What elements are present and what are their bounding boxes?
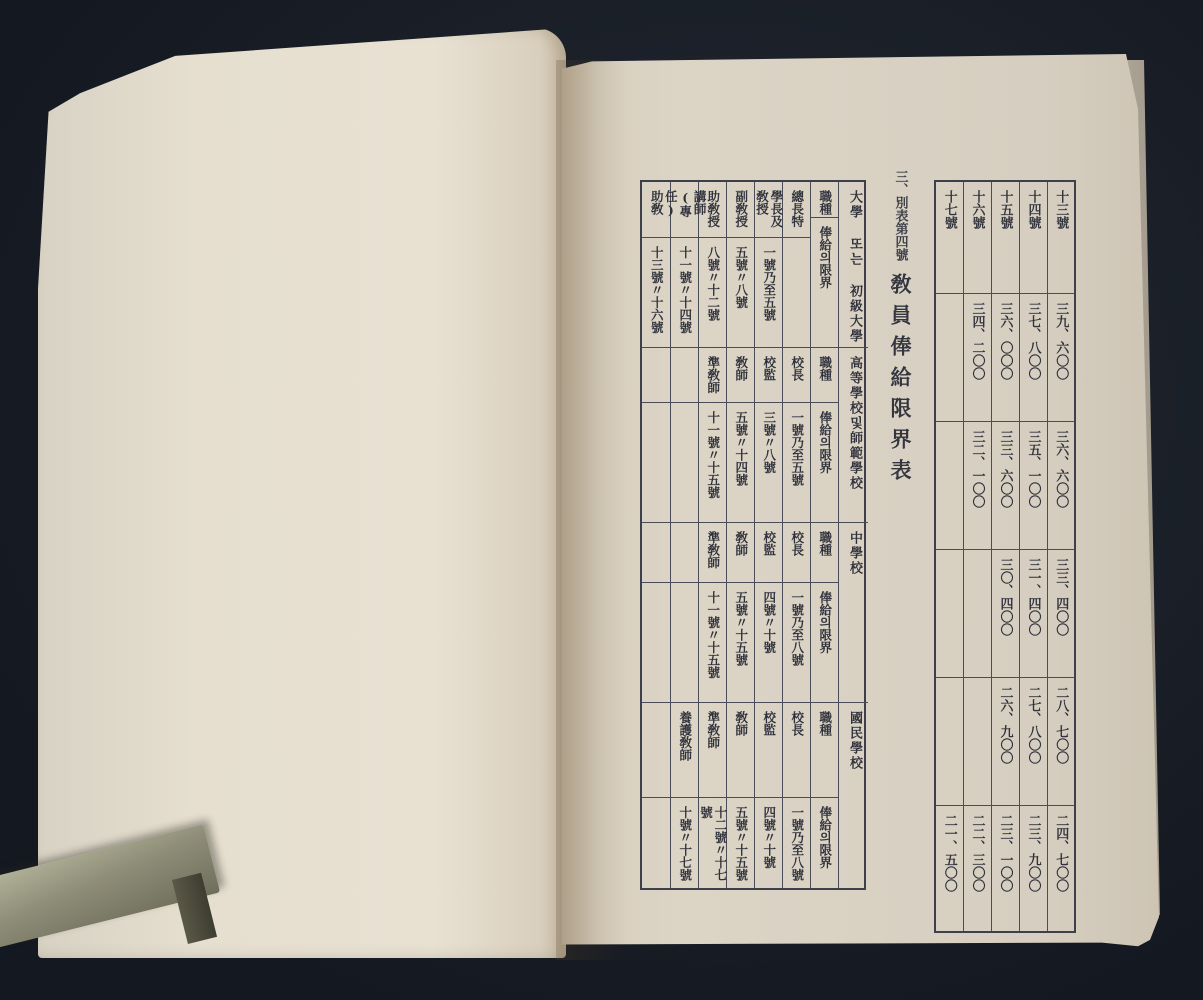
salary-row: 二一、五〇〇 二二、三〇〇 二三、一〇〇 二三、九〇〇 二四、七〇〇: [935, 805, 1075, 932]
grade-header-cell: 十六號: [963, 181, 991, 293]
limit-cell: 一號乃至五號: [783, 402, 810, 522]
header-column: 職種 俸給의限界 職種 俸給의限界 職種 俸給의限界 職種 俸給의限界: [810, 182, 838, 888]
header-role: 職種: [811, 347, 838, 402]
grade-salary-table: 十七號 十六號 十五號 十四號 十三號 三四、二〇〇 三六、〇〇〇 三七、八〇〇…: [934, 180, 1076, 933]
salary-cell: 二三、九〇〇: [1019, 805, 1047, 932]
salary-cell: 三九、六〇〇: [1047, 293, 1075, 421]
school-cell-elementary: 國民學校: [839, 702, 868, 892]
salary-row: 三二、一〇〇 三三、六〇〇 三五、一〇〇 三六、六〇〇: [935, 421, 1075, 549]
empty-cell: [642, 347, 670, 402]
document-title: 敎員俸給限界表: [885, 273, 915, 490]
entry-column-3: 副敎授 五號〃八號 敎師 五號〃十四號 敎師 五號〃十五號 敎師 五號〃十五號: [726, 182, 754, 888]
role-cell: 講師(專任): [671, 182, 698, 237]
entry-column-4: 助敎授 八號〃十二號 準敎師 十一號〃十五號 準敎師 十一號〃十五號 準敎師 十…: [698, 182, 726, 888]
salary-cell: [935, 421, 963, 549]
role-cell: 總長特: [783, 182, 810, 237]
salary-cell: 二一、五〇〇: [935, 805, 963, 932]
salary-cell: 二二、三〇〇: [963, 805, 991, 932]
role-cell: 校監: [755, 522, 782, 582]
role-cell: 敎師: [727, 702, 754, 797]
salary-cell: 二三、一〇〇: [991, 805, 1019, 932]
salary-cell: 二七、八〇〇: [1019, 677, 1047, 805]
school-cell-high-school: 高等學校및師範學校: [839, 347, 868, 522]
limit-cell: 四號〃十號: [755, 797, 782, 892]
salary-cell: [935, 549, 963, 677]
salary-cell: 三〇、四〇〇: [991, 549, 1019, 677]
limit-cell: 一號乃至八號: [783, 797, 810, 892]
role-cell: 準敎師: [699, 702, 726, 797]
book-gutter: [556, 60, 626, 960]
limit-cell: 十一號〃十五號: [699, 402, 726, 522]
empty-cell: [642, 522, 670, 582]
grade-header-row: 十七號 十六號 十五號 十四號 十三號: [935, 181, 1075, 293]
empty-cell: [671, 402, 698, 522]
empty-cell: [642, 702, 670, 797]
limit-cell: 十三號〃十六號: [642, 237, 670, 347]
salary-cell: 三五、一〇〇: [1019, 421, 1047, 549]
role-cell: 敎師: [727, 522, 754, 582]
role-cell: 副敎授: [727, 182, 754, 237]
grade-header-cell: 十四號: [1019, 181, 1047, 293]
school-cell-university: 大學 또는 初級大學: [839, 182, 868, 347]
empty-cell: [671, 582, 698, 702]
role-cell: 校長: [783, 522, 810, 582]
role-cell: 校監: [755, 347, 782, 402]
limit-cell: 十一號〃十五號: [699, 582, 726, 702]
role-cell: 養護敎師: [671, 702, 698, 797]
school-cell-middle-school: 中學校: [839, 522, 868, 702]
header-role: 職種: [811, 182, 838, 217]
header-role: 職種: [811, 522, 838, 582]
salary-cell: [935, 293, 963, 421]
role-cell: 學長及敎授: [755, 182, 782, 237]
salary-cell: 三四、二〇〇: [963, 293, 991, 421]
salary-cell: 三一、四〇〇: [1019, 549, 1047, 677]
empty-cell: [671, 347, 698, 402]
grade-header-cell: 十七號: [935, 181, 963, 293]
header-limit: 俸給의限界: [811, 797, 838, 892]
salary-limit-table: 大學 또는 初級大學 高等學校및師範學校 中學校 國民學校 職種 俸給의限界 職…: [640, 180, 866, 890]
salary-row: 三四、二〇〇 三六、〇〇〇 三七、八〇〇 三九、六〇〇: [935, 293, 1075, 421]
salary-cell: [963, 549, 991, 677]
role-cell: 校監: [755, 702, 782, 797]
school-column: 大學 또는 初級大學 高等學校및師範學校 中學校 國民學校: [838, 182, 868, 888]
limit-cell: 五號〃十四號: [727, 402, 754, 522]
salary-cell: 二四、七〇〇: [1047, 805, 1075, 932]
empty-cell: [642, 797, 670, 892]
limit-cell: 八號〃十二號: [699, 237, 726, 347]
salary-cell: 三二、一〇〇: [963, 421, 991, 549]
limit-cell: 十二號〃十七號: [699, 797, 726, 892]
salary-row: 二六、九〇〇 二七、八〇〇 二八、七〇〇: [935, 677, 1075, 805]
entry-column-6: 助敎 十三號〃十六號: [642, 182, 670, 888]
header-limit: 俸給의限界: [811, 217, 838, 347]
header-limit: 俸給의限界: [811, 582, 838, 702]
salary-cell: 三六、〇〇〇: [991, 293, 1019, 421]
empty-cell: [671, 522, 698, 582]
role-cell: 校長: [783, 347, 810, 402]
limit-cell: 三號〃八號: [755, 402, 782, 522]
salary-cell: 二八、七〇〇: [1047, 677, 1075, 805]
salary-cell: 三三、四〇〇: [1047, 549, 1075, 677]
entry-column-5: 講師(專任) 十一號〃十四號 養護敎師 十號〃十七號: [670, 182, 698, 888]
salary-row: 三〇、四〇〇 三一、四〇〇 三三、四〇〇: [935, 549, 1075, 677]
section-label: 三、別表第四號: [891, 170, 910, 261]
entry-column-2: 學長及敎授 一號乃至五號 校監 三號〃八號 校監 四號〃十號 校監 四號〃十號: [754, 182, 782, 888]
left-blank-page: [38, 28, 566, 958]
limit-cell: 一號乃至八號: [783, 582, 810, 702]
role-cell: 敎師: [727, 347, 754, 402]
grade-header-cell: 十三號: [1047, 181, 1075, 293]
entry-column-1: 總長特 校長 一號乃至五號 校長 一號乃至八號 校長 一號乃至八號: [782, 182, 810, 888]
limit-cell: [783, 237, 810, 347]
salary-cell: 二六、九〇〇: [991, 677, 1019, 805]
grade-header-cell: 十五號: [991, 181, 1019, 293]
header-limit: 俸給의限界: [811, 402, 838, 522]
empty-cell: [642, 582, 670, 702]
role-cell: 準敎師: [699, 522, 726, 582]
role-cell: 準敎師: [699, 347, 726, 402]
salary-cell: 三三、六〇〇: [991, 421, 1019, 549]
limit-cell: 四號〃十號: [755, 582, 782, 702]
limit-cell: 十號〃十七號: [671, 797, 698, 892]
salary-cell: [963, 677, 991, 805]
empty-cell: [642, 402, 670, 522]
salary-cell: [935, 677, 963, 805]
limit-cell: 五號〃八號: [727, 237, 754, 347]
limit-cell: 十一號〃十四號: [671, 237, 698, 347]
title-block: 三、別表第四號 敎員俸給限界表: [880, 170, 920, 530]
limit-cell: 一號乃至五號: [755, 237, 782, 347]
role-cell: 助敎: [642, 182, 670, 237]
limit-cell: 五號〃十五號: [727, 797, 754, 892]
salary-cell: 三六、六〇〇: [1047, 421, 1075, 549]
header-role: 職種: [811, 702, 838, 797]
salary-cell: 三七、八〇〇: [1019, 293, 1047, 421]
role-cell: 校長: [783, 702, 810, 797]
limit-cell: 五號〃十五號: [727, 582, 754, 702]
